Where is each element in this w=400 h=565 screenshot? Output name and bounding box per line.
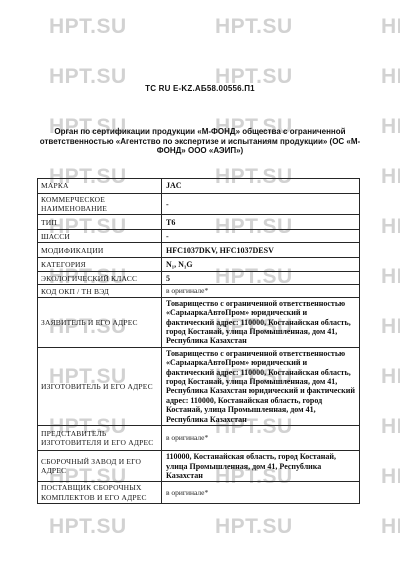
row-label: ПОСТАВЩИК СБОРОЧНЫХ КОМПЛЕКТОВ И ЕГО АДР… <box>38 482 162 503</box>
row-value: HFC1037DKV, HFC1037DESV <box>162 243 360 258</box>
row-label: ТИП <box>38 215 162 230</box>
certification-body-header: Орган по сертификации продукции «М-ФОНД»… <box>30 127 370 156</box>
row-value: 110000, Костанайская область, город Кост… <box>162 451 360 482</box>
row-label: ПРЕДСТАВИТЕЛЬ ИЗГОТОВИТЕЛЯ И ЕГО АДРЕС <box>38 426 162 451</box>
row-value: N₁, N₁G <box>162 258 360 272</box>
table-row: ЗАЯВИТЕЛЬ И ЕГО АДРЕС Товарищество с огр… <box>38 297 360 347</box>
row-label: КАТЕГОРИЯ <box>38 258 162 272</box>
row-value: - <box>162 194 360 215</box>
row-value: 5 <box>162 272 360 285</box>
table-row: ТИП T6 <box>38 215 360 230</box>
table-row: МОДИФИКАЦИИ HFC1037DKV, HFC1037DESV <box>38 243 360 258</box>
row-label: КОММЕРЧЕСКОЕ НАИМЕНОВАНИЕ <box>38 194 162 215</box>
row-label: МОДИФИКАЦИИ <box>38 243 162 258</box>
table-row: ПОСТАВЩИК СБОРОЧНЫХ КОМПЛЕКТОВ И ЕГО АДР… <box>38 482 360 503</box>
row-label: ЗАЯВИТЕЛЬ И ЕГО АДРЕС <box>38 297 162 347</box>
row-label: ИЗГОТОВИТЕЛЬ И ЕГО АДРЕС <box>38 347 162 425</box>
row-value: Товарищество с ограниченной ответственно… <box>162 297 360 347</box>
certificate-number: ТС RU E-KZ.АБ58.00556.П1 <box>0 84 400 93</box>
row-label: ШАССИ <box>38 230 162 243</box>
table-row: ШАССИ - <box>38 230 360 243</box>
table-row: КАТЕГОРИЯ N₁, N₁G <box>38 258 360 272</box>
certificate-page: HPT.SUHPT.SUHPT.SUHPT.SUHPT.SUHPT.SUHPT.… <box>0 0 400 565</box>
certificate-content: ТС RU E-KZ.АБ58.00556.П1 Орган по сертиф… <box>0 0 400 565</box>
vehicle-certification-table: МАРКА JAC КОММЕРЧЕСКОЕ НАИМЕНОВАНИЕ - ТИ… <box>37 178 360 504</box>
row-value: JAC <box>162 179 360 194</box>
row-value: T6 <box>162 215 360 230</box>
row-label: ЭКОЛОГИЧЕСКИЙ КЛАСС <box>38 272 162 285</box>
row-value: в оригинале* <box>162 482 360 503</box>
row-value: в оригинале* <box>162 285 360 297</box>
row-value: - <box>162 230 360 243</box>
row-value: Товарищество с ограниченной ответственно… <box>162 347 360 425</box>
table-row: ИЗГОТОВИТЕЛЬ И ЕГО АДРЕС Товарищество с … <box>38 347 360 425</box>
row-label: КОД ОКП / ТН ВЭД <box>38 285 162 297</box>
table-row: МАРКА JAC <box>38 179 360 194</box>
table-row: ЭКОЛОГИЧЕСКИЙ КЛАСС 5 <box>38 272 360 285</box>
table-row: КОД ОКП / ТН ВЭД в оригинале* <box>38 285 360 297</box>
row-label: СБОРОЧНЫЙ ЗАВОД И ЕГО АДРЕС <box>38 451 162 482</box>
table-row: ПРЕДСТАВИТЕЛЬ ИЗГОТОВИТЕЛЯ И ЕГО АДРЕС в… <box>38 426 360 451</box>
row-value: в оригинале* <box>162 426 360 451</box>
table-row: СБОРОЧНЫЙ ЗАВОД И ЕГО АДРЕС 110000, Кост… <box>38 451 360 482</box>
table-row: КОММЕРЧЕСКОЕ НАИМЕНОВАНИЕ - <box>38 194 360 215</box>
row-label: МАРКА <box>38 179 162 194</box>
